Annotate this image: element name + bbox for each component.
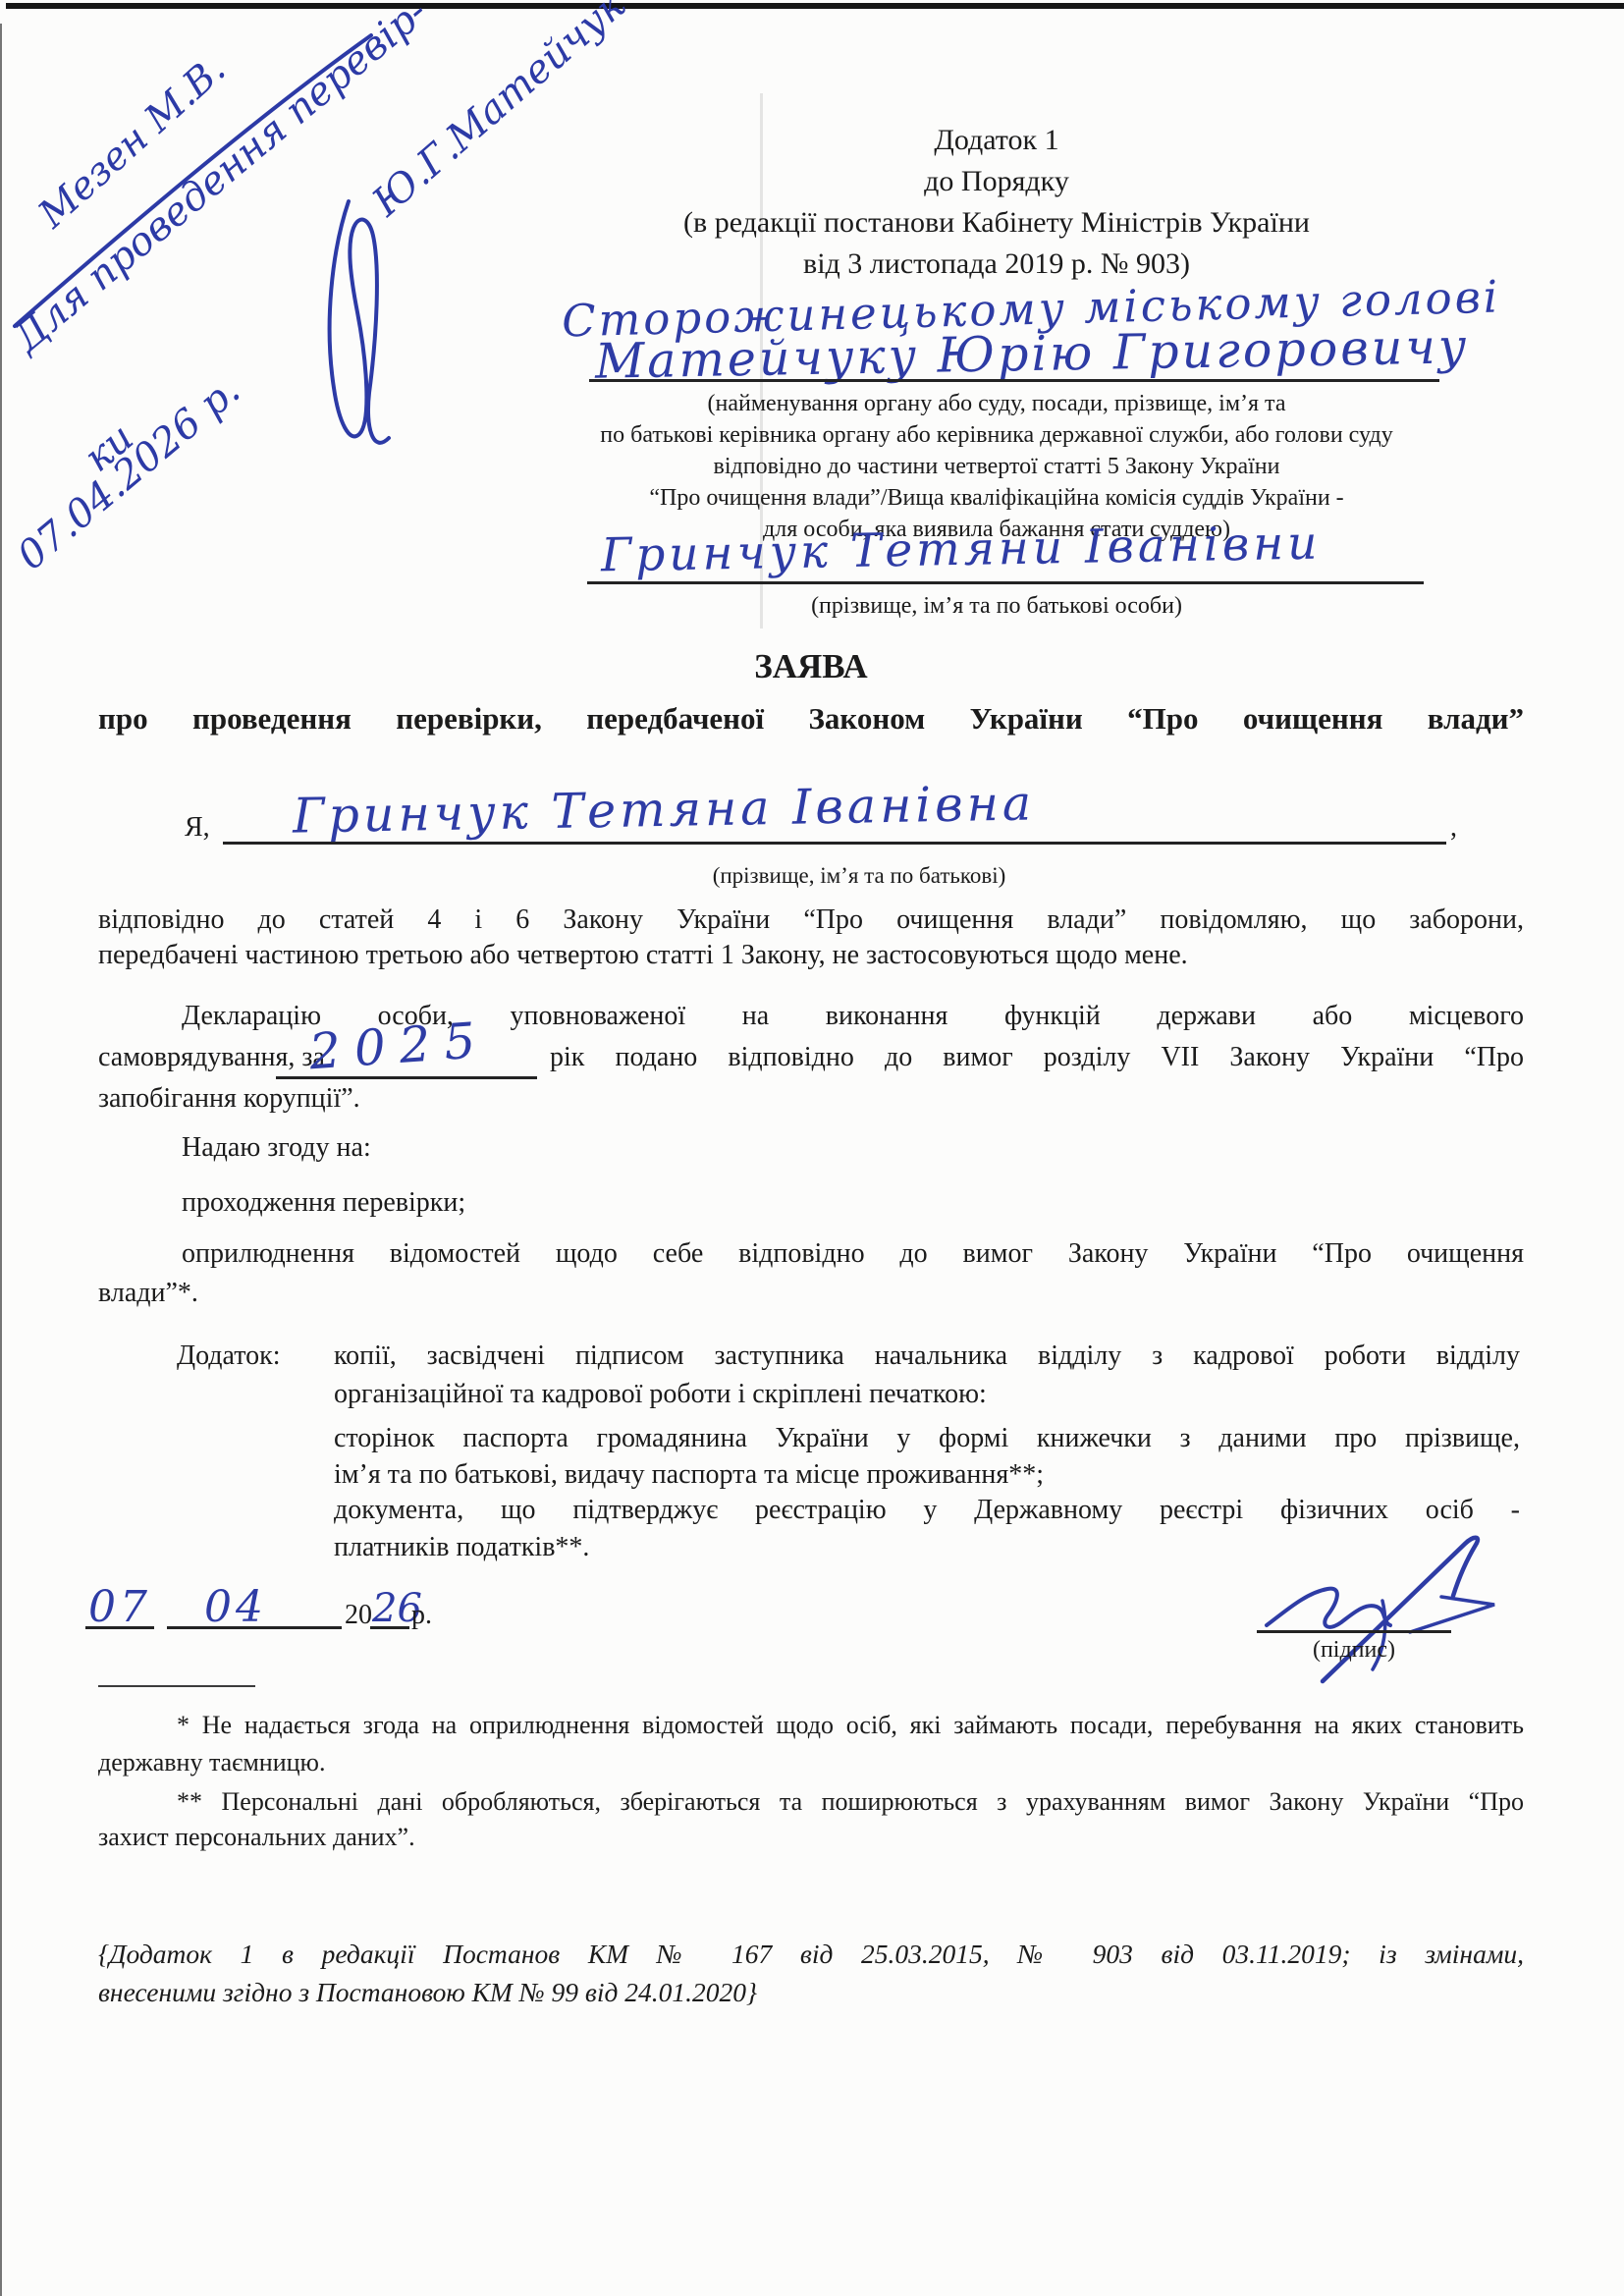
- scanned-document-page: Мезен М.В. Для проведення перевір- ки 07…: [0, 0, 1624, 2296]
- footnote1-line2: державну таємницю.: [98, 1748, 325, 1778]
- revision-note-line2: внесеними згідно з Постановою КМ № 99 ві…: [98, 1977, 757, 2008]
- revision-note-line1: {Додаток 1 в редакції Постанов КМ № 167 …: [98, 1939, 1524, 1970]
- signature-caption: (підпис): [1257, 1636, 1451, 1664]
- footnote1-line1: * Не надається згода на оприлюднення від…: [98, 1711, 1524, 1741]
- signature-underline: [1257, 1630, 1451, 1633]
- footnote-divider: [98, 1685, 255, 1687]
- footnote2-line1: ** Персональні дані обробляються, зберіг…: [98, 1787, 1524, 1818]
- footnote2-line2: захист персональних даних”.: [98, 1823, 415, 1853]
